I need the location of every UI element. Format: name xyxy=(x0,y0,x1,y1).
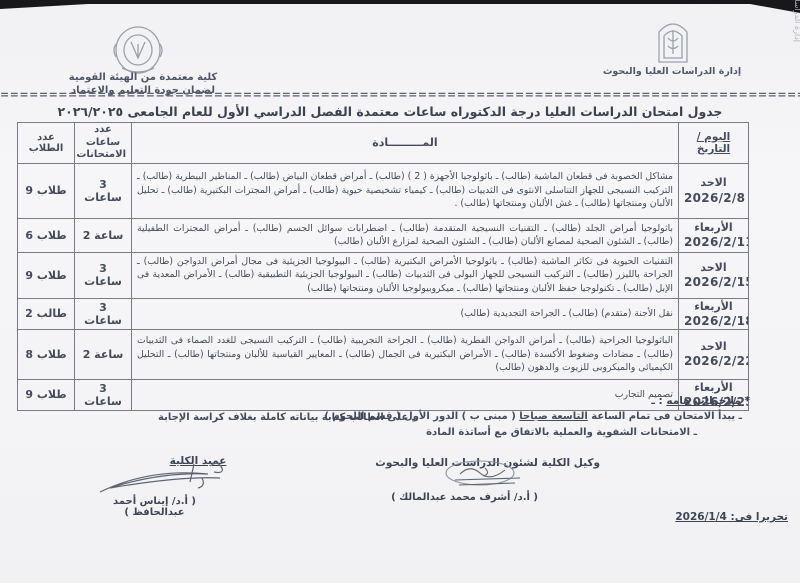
day-date-cell: الاحد 2026/2/22 xyxy=(679,329,749,379)
equals-separator: ========================================… xyxy=(0,89,800,102)
table-row: الأربعاء 2026/2/11 باثولوجيا أمراض الجلد… xyxy=(18,218,749,252)
note-student-data: ـ على الطالب كتابة بياناته كاملة بغلاف ك… xyxy=(158,412,415,423)
exam-schedule-table: اليوم /التاريخ المـــــــــادة عدد ساعات… xyxy=(17,122,749,411)
students-cell: 9 طلاب xyxy=(18,163,75,218)
hours-cell: 2 ساعة xyxy=(75,329,132,379)
day-date-cell: الأربعاء 2026/2/18 xyxy=(679,298,749,329)
table-row: الاحد 2026/2/8 مشاكل الخصوبة فى قطعان ال… xyxy=(18,163,749,218)
day-date-cell: الاحد 2026/2/8 xyxy=(679,163,749,218)
day-date-cell: الأربعاء 2026/2/11 xyxy=(679,218,749,252)
notes-heading: * ملاحظات هامه : ـ xyxy=(651,395,750,407)
subject-cell: التقنيات الحيوية فى تكاثر الماشية (طالب)… xyxy=(132,252,679,298)
hours-cell: 3 ساعات xyxy=(75,298,132,329)
students-cell: 2 طالب xyxy=(18,298,75,329)
side-vertical-text: إدارة الدراسات العليا والبحوث xyxy=(793,0,800,42)
table-row: الاحد 2026/2/22 الباثولوجيا الجراحية (طا… xyxy=(18,329,749,379)
table-row: الأربعاء 2026/2/25 تصميم التجارب 3 ساعات… xyxy=(18,379,749,410)
header-subject: المـــــــــادة xyxy=(132,123,679,164)
page-title: جدول امتحان الدراسات العليا درجة الدكتور… xyxy=(0,104,780,119)
table-header-row: اليوم /التاريخ المـــــــــادة عدد ساعات… xyxy=(18,123,749,164)
department-caption: إدارة الدراسات العليا والبحوث xyxy=(592,66,752,77)
hours-cell: 2 ساعة xyxy=(75,218,132,252)
students-cell: 9 طلاب xyxy=(18,252,75,298)
students-cell: 8 طلاب xyxy=(18,329,75,379)
students-cell: 6 طلاب xyxy=(18,218,75,252)
subject-cell: مشاكل الخصوبة فى قطعان الماشية (طالب) ـ … xyxy=(132,163,679,218)
accreditation-line1: كلية معتمدة من الهيئة القومية xyxy=(38,72,248,85)
subject-cell: الباثولوجيا الجراحية (طالب) ـ أمراض الدو… xyxy=(132,329,679,379)
university-logo-icon xyxy=(645,14,701,68)
scan-corner-top-left xyxy=(0,0,110,9)
subject-cell: نقل الأجنة (متقدم) (طالب) ـ الجراحة التج… xyxy=(132,298,679,329)
dean-name: ( أ.د/ إيناس أحمد عبدالحافظ ) xyxy=(92,496,217,518)
issued-date: تحريرا فى: 2026/1/4 xyxy=(675,511,788,523)
hours-cell: 3 ساعات xyxy=(75,252,132,298)
hours-cell: 3 ساعات xyxy=(75,163,132,218)
header-day-date: اليوم /التاريخ xyxy=(679,123,749,164)
header-exam-hours: عدد ساعات الامتحانات xyxy=(75,123,132,164)
scanned-exam-schedule-page: إدارة الدراسات العليا والبحوث xyxy=(0,0,800,583)
students-cell: 9 طلاب xyxy=(18,379,75,410)
hours-cell: 3 ساعات xyxy=(75,379,132,410)
table-row: الأربعاء 2026/2/18 نقل الأجنة (متقدم) (ط… xyxy=(18,298,749,329)
table-row: الاحد 2026/2/15 التقنيات الحيوية فى تكاث… xyxy=(18,252,749,298)
header-students-count: عدد الطلاب xyxy=(18,123,75,164)
subject-cell: باثولوجيا أمراض الجلد (طالب) ـ التقنيات … xyxy=(132,218,679,252)
vice-dean-name: ( أ.د/ أشرف محمد عبدالمالك ) xyxy=(391,492,538,503)
note-oral-practical-exams: ـ الامتحانات الشفوية والعملية بالاتفاق م… xyxy=(426,427,697,438)
day-date-cell: الاحد 2026/2/15 xyxy=(679,252,749,298)
subject-cell: تصميم التجارب xyxy=(132,379,679,410)
scan-top-edge xyxy=(0,0,800,4)
